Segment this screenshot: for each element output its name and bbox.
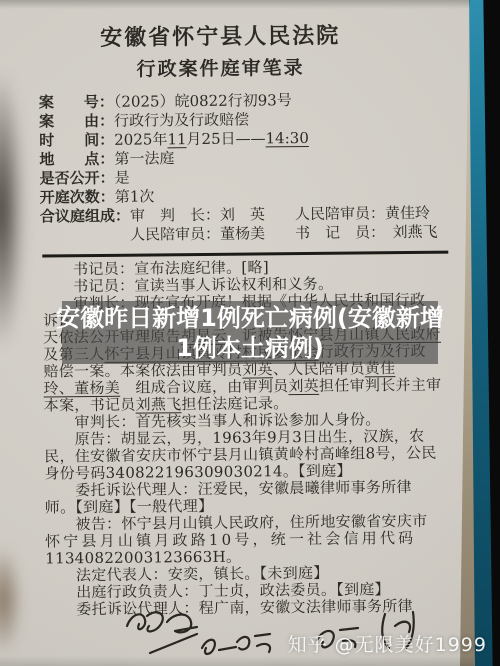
text: 2025年	[114, 130, 167, 149]
meta-value: 是	[114, 169, 129, 187]
meta-value: 人民陪审员：董杨美 书 记 员： 刘燕飞	[130, 223, 438, 244]
photo-of-court-transcript: 安徽省怀宁县人民法院 行政案件庭审笔录 案 号：（2025）皖0822行初93号…	[0, 0, 500, 666]
case-metadata: 案 号：（2025）皖0822行初93号案 由：行政行为及行政赔偿时 间：202…	[39, 90, 444, 246]
left-shadow-lower	[0, 545, 22, 655]
text: 委托诉讼代理人：汪爱民，安徽晨曦律师事务所律	[44, 478, 411, 500]
text: 第1次	[115, 187, 155, 205]
meta-value: 行政行为及行政赔偿	[114, 111, 249, 130]
meta-row: 人民陪审员：董杨美 书 记 员： 刘燕飞	[40, 223, 444, 246]
text: 人民陪审员：董杨美 书 记 员： 刘燕飞	[130, 223, 438, 244]
document-type-title: 行政案件庭审笔录	[38, 52, 402, 82]
text: 本案，书记员	[44, 396, 136, 415]
headline-line1: 安徽昨日新增1例死亡病例(安徽新增	[56, 303, 444, 333]
underlined-text: 11	[167, 130, 186, 148]
zhihu-watermark: 知乎 @无限美好1999	[288, 630, 487, 657]
left-shadow-upper	[0, 70, 24, 350]
meta-value: 第1次	[115, 187, 155, 205]
meta-label: 地 点：	[39, 150, 114, 169]
court-name: 安徽省怀宁县人民法院	[38, 18, 402, 52]
underlined-text: 刘燕飞	[135, 395, 181, 413]
document-content: 安徽省怀宁县人民法院 行政案件庭审笔录 案 号：（2025）皖0822行初93号…	[38, 12, 443, 83]
meta-value: 2025年11月25日——14:30	[114, 129, 309, 149]
top-shadow	[0, 0, 470, 9]
text: 行政行为及行政赔偿	[114, 111, 249, 130]
underlined-text: 玲、董杨美	[44, 379, 121, 398]
headline-line2: 1例本土病例)	[176, 333, 324, 363]
meta-label: 时 间：	[39, 131, 114, 150]
text: 是	[114, 169, 129, 187]
text: 审 判 长：刘 英 人民陪审员：黄佳玲	[130, 204, 430, 225]
meta-value: （2025）皖0822行初93号	[114, 91, 292, 111]
text: 第一法庭	[114, 149, 174, 168]
underlined-text: 刘英	[288, 377, 319, 395]
meta-label: 案 号：	[39, 93, 114, 112]
meta-value: 第一法庭	[114, 149, 174, 168]
meta-value: 审 判 长：刘 英 人民陪审员：黄佳玲	[130, 204, 430, 225]
meta-label: 案 由：	[39, 112, 114, 131]
text: 月25日——	[186, 129, 265, 148]
meta-label: 是否公开：	[39, 169, 114, 188]
text: （2025）皖0822行初93号	[114, 91, 292, 111]
news-headline-overlay: 安徽昨日新增1例死亡病例(安徽新增 1例本土病例)	[62, 301, 438, 364]
underlined-text: 14:30	[266, 129, 309, 147]
meta-label: 合议庭组成：	[40, 207, 130, 226]
meta-label: 开庭次数：	[40, 188, 115, 207]
text: 担任审判长并主审	[319, 376, 442, 395]
